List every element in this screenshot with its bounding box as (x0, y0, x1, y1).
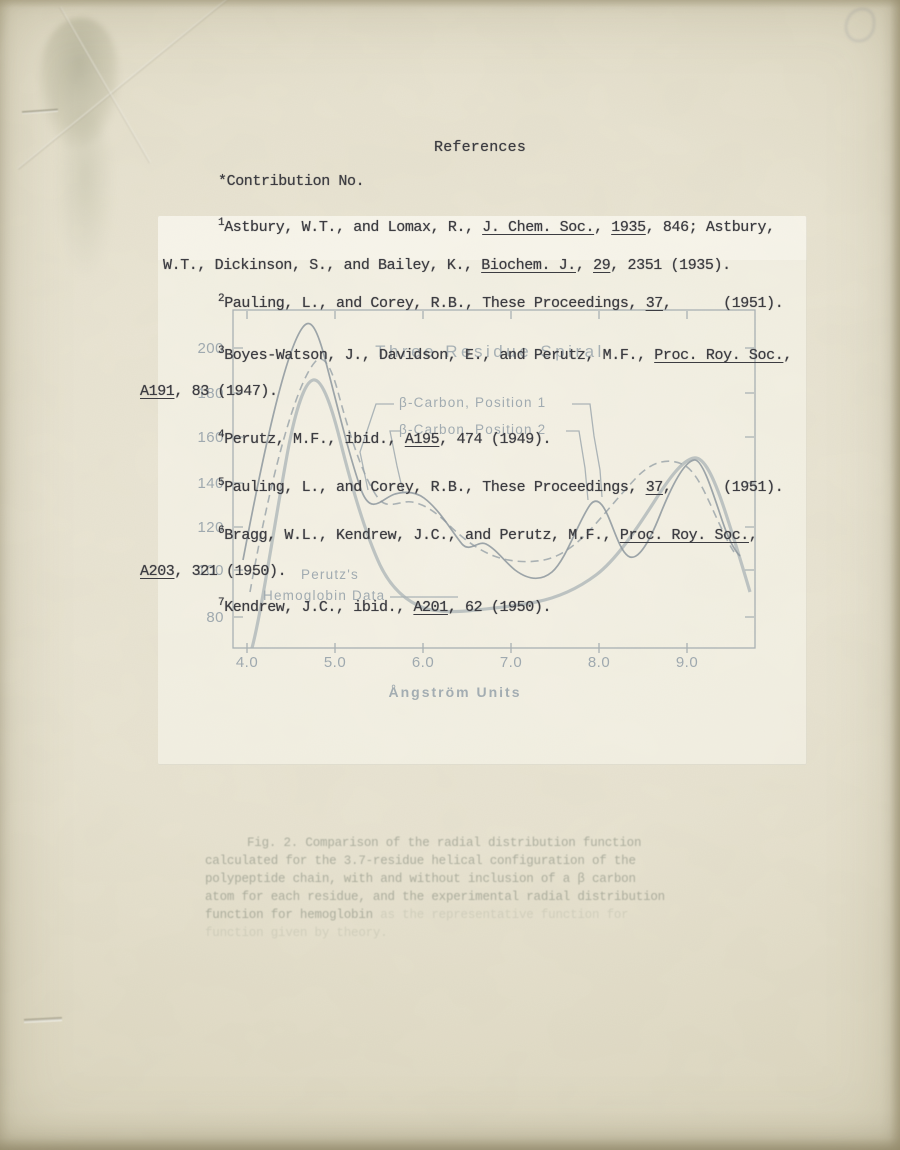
contribution-note: *Contribution No. (218, 173, 364, 190)
x-tick-4: 4.0 (227, 654, 267, 671)
ink-smudge (845, 8, 875, 42)
paper-slit-bottom (24, 1017, 62, 1023)
ghost-caption-line-6: function given by theory. (205, 926, 388, 940)
reference-1-line-1: 1Astbury, W.T., and Lomax, R., J. Chem. … (218, 219, 775, 236)
x-tick-5: 5.0 (315, 654, 355, 671)
x-tick-7: 7.0 (491, 654, 531, 671)
reference-6-line-2: A203, 321 (1950). (140, 563, 286, 580)
ghost-caption-line-2: calculated for the 3.7-residue helical c… (205, 854, 636, 868)
tape-residue-lower (55, 110, 115, 280)
reference-7-line-1: 7Kendrew, J.C., ibid., A201, 62 (1950). (218, 599, 551, 616)
x-tick-6: 6.0 (403, 654, 443, 671)
chart-label-perutz: Perutz's (301, 567, 359, 582)
chart-label-beta-position-1: β-Carbon, Position 1 (399, 395, 546, 410)
x-tick-9: 9.0 (667, 654, 707, 671)
reference-3-line-1: 3Boyes-Watson, J., Davidson, E., and Per… (218, 347, 792, 364)
ghost-caption-line-4: atom for each residue, and the experimen… (205, 890, 665, 904)
reference-4-line-1: 4Perutz, M.F., ibid., A195, 474 (1949). (218, 431, 551, 448)
ghost-caption-line-1: Fig. 2. Comparison of the radial distrib… (247, 836, 641, 850)
page-heading: References (434, 139, 526, 156)
x-axis-title: Ångström Units (355, 684, 555, 700)
reference-6-line-1: 6Bragg, W.L., Kendrew, J.C., and Perutz,… (218, 527, 758, 544)
reference-2-line-1: 2Pauling, L., and Corey, R.B., These Pro… (218, 295, 783, 312)
manuscript-page: Three Residue Spiral β-Carbon, Position … (0, 0, 900, 1150)
reference-3-line-2: A191, 83 (1947). (140, 383, 278, 400)
reference-1-line-2: W.T., Dickinson, S., and Bailey, K., Bio… (163, 257, 731, 274)
ghost-caption-line-3: polypeptide chain, with and without incl… (205, 872, 636, 886)
reference-5-line-1: 5Pauling, L., and Corey, R.B., These Pro… (218, 479, 783, 496)
ghost-caption-line-5: function for hemoglobin as the represent… (205, 908, 628, 922)
x-tick-8: 8.0 (579, 654, 619, 671)
